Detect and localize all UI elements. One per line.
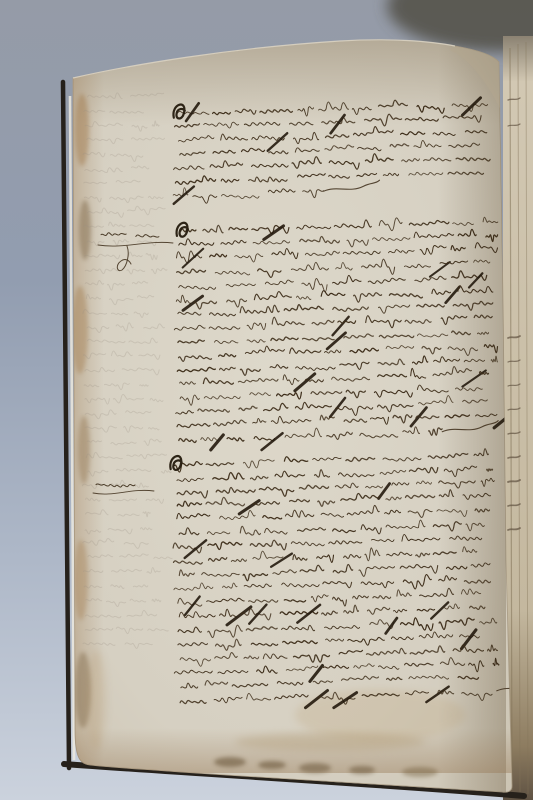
manuscript-photo-canvas	[0, 0, 533, 800]
manuscript-page	[60, 30, 533, 800]
photograph-of-manuscript	[0, 0, 533, 800]
